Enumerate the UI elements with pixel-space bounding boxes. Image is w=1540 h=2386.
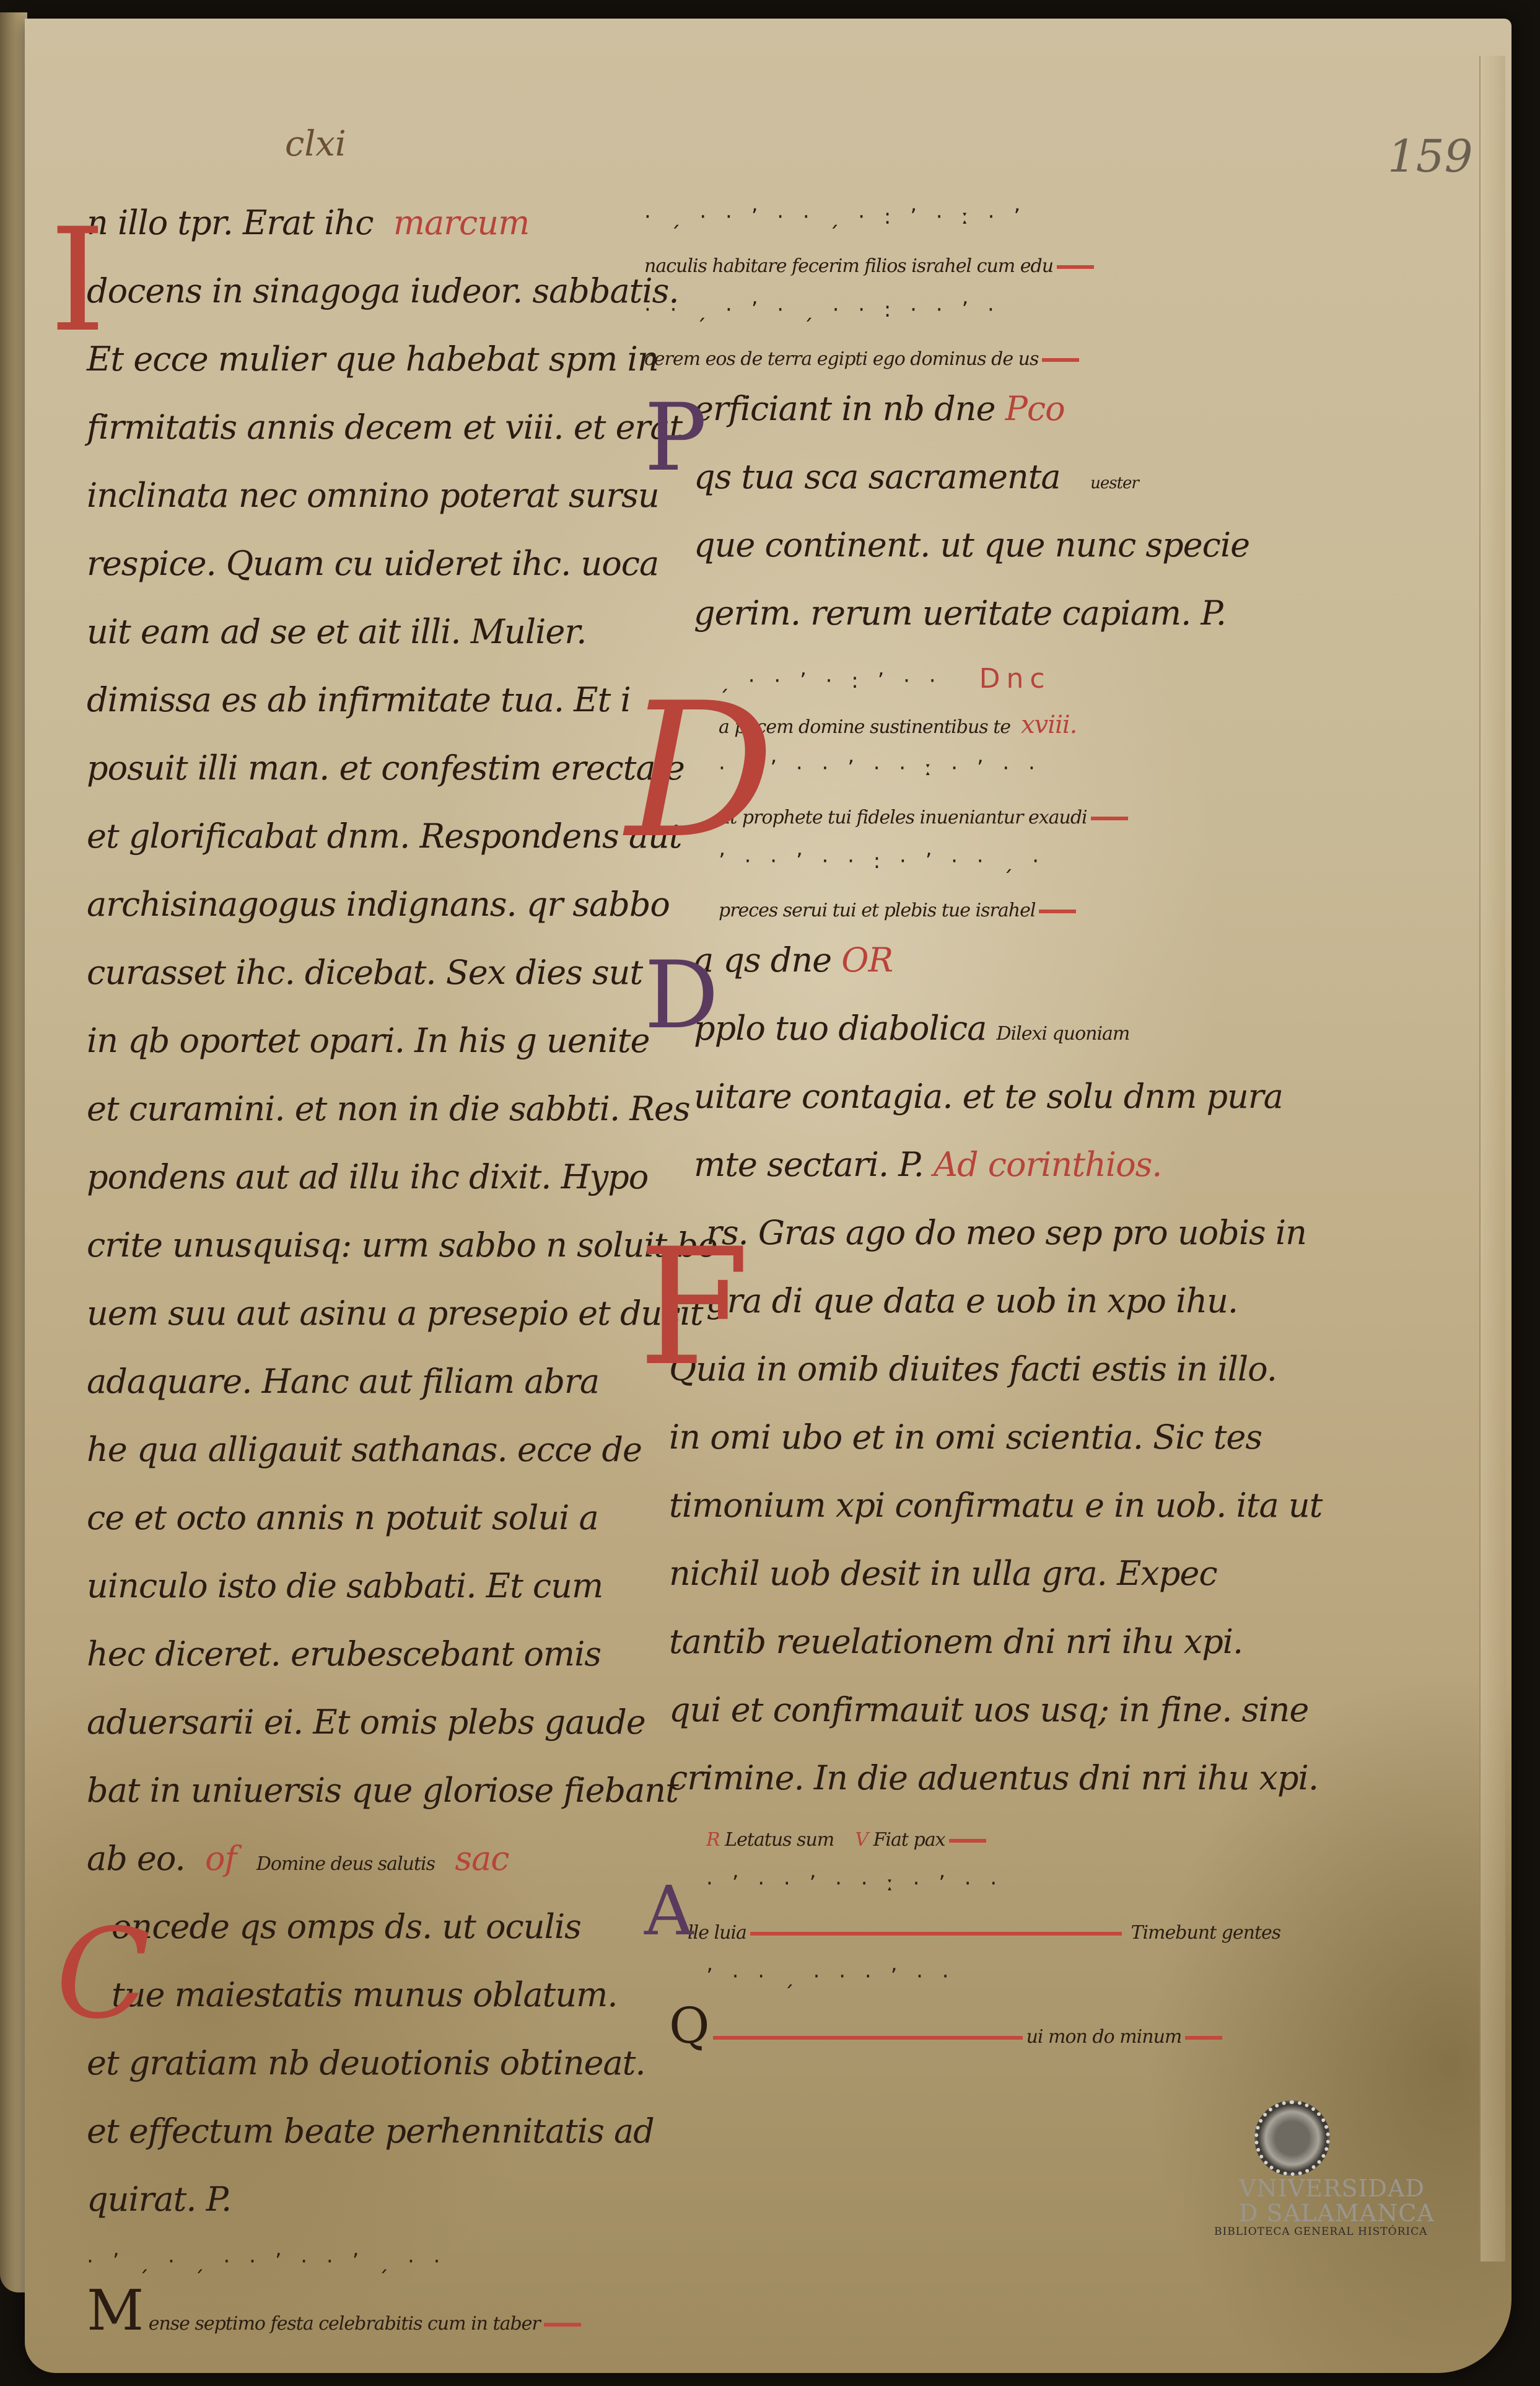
offertory-incipit: Domine deus salutis [256,1853,435,1875]
secret-label: sac [455,1839,509,1878]
red-staff-line [544,2323,581,2327]
university-seal-icon [1254,2100,1330,2176]
text-line: qui et confirmauit uos usq; in fine. sin… [669,1691,1326,1760]
text-line: n illo tpr. Erat ihc marcum [87,204,619,273]
alleluia-initial: A [644,1871,693,1950]
prayer-initial: C [56,1902,151,2046]
chant-text-line: a pacem domine sustinentibus te xviii. [719,713,1326,756]
text-line: que continent. ut que nunc specie [694,527,1326,595]
text-line: tantib reuelationem dni nri ihu xpi. [669,1623,1326,1691]
text-line: adaquare. Hanc aut filiam abra [87,1363,619,1431]
text-line: in omi ubo et in omi scientia. Sic tes [669,1419,1326,1487]
text-line: et effectum beate perhennitatis ad [87,2113,619,2181]
text-line: crimine. In die aduentus dni nri ihu xpi… [669,1760,1326,1828]
text-line: bat in uniuersis que gloriose fiebant [87,1772,619,1840]
text-line: uitare contagia. et te solu dnm pura [694,1078,1326,1146]
text-line: gra di que data e uob in xpo ihu. [669,1283,1326,1351]
text-line: posuit illi man. et confestim erecta e [87,750,619,818]
text-line: ce et octo annis n potuit solui a [87,1499,619,1568]
chant-text-line: ut prophete tui fideles inueniantur exau… [719,805,1326,849]
university-watermark: VNIVERSIDAD D SALAMANCA BIBLIOTECA GENER… [1239,2100,1462,2238]
neume-notation: · ʼ · · ʼ · · ː · ʼ · · [669,1871,1326,1921]
text-line: et gratiam nb deuotionis obtineat. [87,2045,619,2113]
text-line: pplo tuo diabolica Dilexi quoniam [694,1010,1326,1078]
text-line: oncede qs omps ds. ut oculis [87,1908,619,1976]
postcommunion: P erficiant in nb dne Pco qs tua sca sac… [644,390,1326,663]
text-line: respice. Quam cu uideret ihc. uoca [87,545,619,613]
text-line: curasset ihc. dicebat. Sex dies sut [87,954,619,1022]
text-line: et glorificabat dnm. Respondens aut [87,818,619,886]
chant-text-line: Qui mon do minum [669,2014,1326,2057]
text-line: mte sectari. P. Ad corinthios. [694,1146,1326,1214]
text-line: erficiant in nb dne Pco [694,390,1326,458]
chant-text-line: preces serui tui et plebis tue israhel [719,898,1326,942]
neume-notation: · · ˏ · ʼ · ˏ · · : · · ʼ · [644,297,1326,347]
introit-initial: D [626,663,775,879]
text-line: firmitatis annis decem et viii. et erat [87,409,619,477]
chant-initial: M [87,2278,143,2343]
text-line: uinculo isto die sabbati. Et cum [87,1568,619,1636]
text-line: archisinagogus indignans. qr sabbo [87,886,619,954]
text-line: Quia in omib diuites facti estis in illo… [669,1351,1326,1419]
offertory-line: ab eo. of Domine deus salutis sac [87,1840,619,1908]
text-line: hec diceret. erubescebant omis [87,1636,619,1704]
watermark-line: BIBLIOTECA GENERAL HISTÓRICA [1214,2226,1462,2238]
neume-notation: · ˏ · · ʼ · · ˏ · : ʼ · ː · ʼ [644,204,1326,254]
text-line: dimissa es ab infirmitate tua. Et i [87,682,619,750]
text-line: crite unusquisq: urm sabbo n soluit bo [87,1227,619,1295]
text-line: et curamini. et non in die sabbti. Res [87,1090,619,1159]
manuscript-page: clxi 159 I n illo tpr. Erat ihc marcum d… [25,19,1512,2373]
text-line: Et ecce mulier que habebat spm in [87,341,619,409]
gradual-line: R Letatus sum V Fiat pax [644,1828,1326,1871]
previous-leaf-edge [0,12,27,2292]
text-line: aduersarii ei. Et omis plebs gaude [87,1704,619,1772]
text-line: timonium xpi confirmatu e in uob. ita ut [669,1487,1326,1555]
neume-notation: · ʼ ˏ · ˏ · · ʼ · · ʼ ˏ · · [87,2249,619,2299]
text-line: pondens aut ad illu ihc dixit. Hypo [87,1159,619,1227]
text-line: docens in sinagoga iudeor. sabbatis. [87,273,619,341]
text-line: tue maiestatis munus oblatum. [87,1976,619,2045]
folio-number: 159 [1388,130,1472,182]
alleluia: A · ʼ · · ʼ · · ː · ʼ · · lle luia Timeb… [644,1871,1326,2057]
watermark-line: D SALAMANCA [1239,2201,1462,2226]
text-line: he qua alligauit sathanas. ecce de [87,1431,619,1499]
text-line: inclinata nec omnino poterat sursu [87,477,619,545]
neume-notation: ʼ · · ˏ · · · ʼ · · [669,1964,1326,2014]
communion-chant-line: M ense septimo festa celebrabitis cum in… [87,2299,619,2342]
collect: D a qs dne OR pplo tuo diabolica Dilexi … [644,942,1326,1214]
neume-notation: · · ʼ · · ʼ · · ː · ʼ · · [719,756,1326,805]
page-fore-edge [1479,56,1505,2261]
watermark-line: VNIVERSIDAD [1239,2176,1462,2201]
text-line: quirat. P. [87,2181,619,2249]
epistle-initial: F [638,1214,750,1401]
postcommunion-initial: P [644,384,707,492]
text-line: a qs dne OR [694,942,1326,1010]
text-line: nichil uob desit in ulla gra. Expec [669,1555,1326,1623]
rubric-marcum: marcum [393,203,529,242]
neume-notation: ˏ · · ʼ · : ʼ · ·Dnc [719,663,1326,713]
neume-notation: ʼ · · ʼ · · : · ʼ · · ˏ · [719,849,1326,898]
secret-prayer: C oncede qs omps ds. ut oculis tue maies… [87,1908,619,2249]
collect-initial: D [644,942,719,1050]
chant-text-line: cerem eos de terra egipti ego dominus de… [644,347,1326,390]
text-line: qs tua sca sacramenta uester [694,458,1326,527]
text-line: gerim. rerum ueritate capiam. P. [694,595,1326,663]
offertory-label: of [205,1839,237,1878]
running-header-mark: clxi [285,124,346,164]
text-line: uit eam ad se et ait illi. Mulier. [87,613,619,682]
introit: D ˏ · · ʼ · : ʼ · ·Dnc a pacem domine su… [644,663,1326,942]
chant-text-line: naculis habitare fecerim filios israhel … [644,254,1326,297]
text-line: rs. Gras ago do meo sep pro uobis in [669,1214,1326,1283]
epistle: F rs. Gras ago do meo sep pro uobis in g… [644,1214,1326,1828]
chant-text-line: lle luia Timebunt gentes [669,1921,1326,1964]
right-column: · ˏ · · ʼ · · ˏ · : ʼ · ː · ʼ naculis ha… [644,204,1326,2057]
text-line: uem suu aut asinu a presepio et ducit [87,1295,619,1363]
left-column: I n illo tpr. Erat ihc marcum docens in … [87,204,619,2342]
gospel-initial: I [50,198,106,364]
text-line: in qb oportet opari. In his g uenite [87,1022,619,1090]
